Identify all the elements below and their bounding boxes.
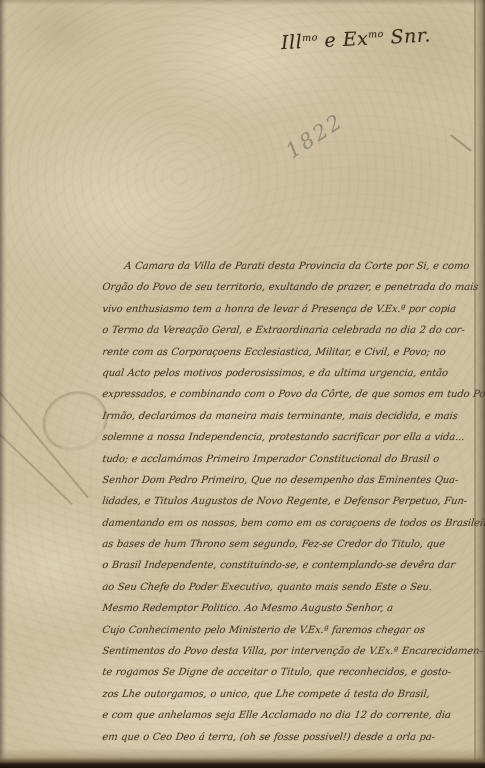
salutation-superscript: mo bbox=[302, 32, 318, 44]
manuscript-line: Cujo Conhecimento pelo Ministerio de V.E… bbox=[101, 620, 476, 641]
manuscript-line: Sentimentos do Povo desta Villa, por int… bbox=[101, 641, 476, 662]
paper-crease bbox=[450, 134, 471, 151]
manuscript-line: Orgão do Povo de seu territorio, exultan… bbox=[101, 277, 476, 298]
manuscript-line: em que o Ceo Deo á terra, (oh se fosse p… bbox=[101, 727, 476, 748]
salutation-text: Snr. bbox=[383, 24, 431, 48]
manuscript-line: te rogamos Se Digne de acceitar o Titulo… bbox=[101, 662, 476, 683]
manuscript-line: qual Acto pelos motivos poderosissimos, … bbox=[101, 363, 476, 384]
manuscript-line: as bases de hum Throno sem segundo, Fez-… bbox=[101, 534, 476, 555]
manuscript-line: damentando em os nossos, bem como em os … bbox=[101, 513, 476, 534]
manuscript-line: zos Lhe outorgamos, o unico, que Lhe com… bbox=[101, 684, 476, 705]
manuscript-line: rente com as Corporaçoens Ecclesiastica,… bbox=[101, 342, 476, 363]
salutation: Illmo e Exmo Snr. bbox=[281, 24, 442, 54]
page-edge-right bbox=[474, 0, 485, 768]
letter-body: A Camara da Villa de Parati desta Provin… bbox=[101, 256, 473, 748]
salutation-superscript: mo bbox=[368, 29, 384, 41]
pencil-year-annotation: 1822 bbox=[282, 109, 348, 164]
paper-sheet: Illmo e Exmo Snr. 1822 A Camara da Villa… bbox=[0, 0, 485, 768]
manuscript-line: ao Seu Chefe do Poder Executivo, quanto … bbox=[101, 577, 476, 598]
salutation-text: e Ex bbox=[317, 28, 369, 53]
salutation-text: Ill bbox=[281, 31, 303, 54]
manuscript-line: solemne a nossa Independencia, protestan… bbox=[101, 427, 476, 448]
page-edge-left bbox=[0, 0, 7, 768]
manuscript-line: vivo enthusiasmo tem a honra de levar á … bbox=[101, 299, 476, 320]
page-edge-top bbox=[0, 0, 485, 5]
manuscript-line: Senhor Dom Pedro Primeiro, Que no desemp… bbox=[101, 470, 476, 491]
manuscript-line: e com que anhelamos seja Elle Acclamado … bbox=[101, 705, 476, 726]
scanned-page: Illmo e Exmo Snr. 1822 A Camara da Villa… bbox=[0, 0, 485, 768]
manuscript-line: Irmão, declarámos da maneira mais termin… bbox=[101, 406, 476, 427]
manuscript-line: lidades, e Titulos Augustos de Novo Rege… bbox=[101, 491, 476, 512]
manuscript-line: A Camara da Villa de Parati desta Provin… bbox=[101, 256, 476, 277]
manuscript-line: tudo; e acclamámos Primeiro Imperador Co… bbox=[101, 449, 476, 470]
manuscript-line: Mesmo Redemptor Politico. Ao Mesmo Augus… bbox=[101, 598, 476, 619]
manuscript-line: o Brasil Independente, constituindo-se, … bbox=[101, 555, 476, 576]
manuscript-line: expressados, e combinando com o Povo da … bbox=[101, 384, 476, 405]
manuscript-line: o Termo da Vereação Geral, e Extraordina… bbox=[101, 320, 476, 341]
page-edge-bottom bbox=[0, 748, 485, 768]
